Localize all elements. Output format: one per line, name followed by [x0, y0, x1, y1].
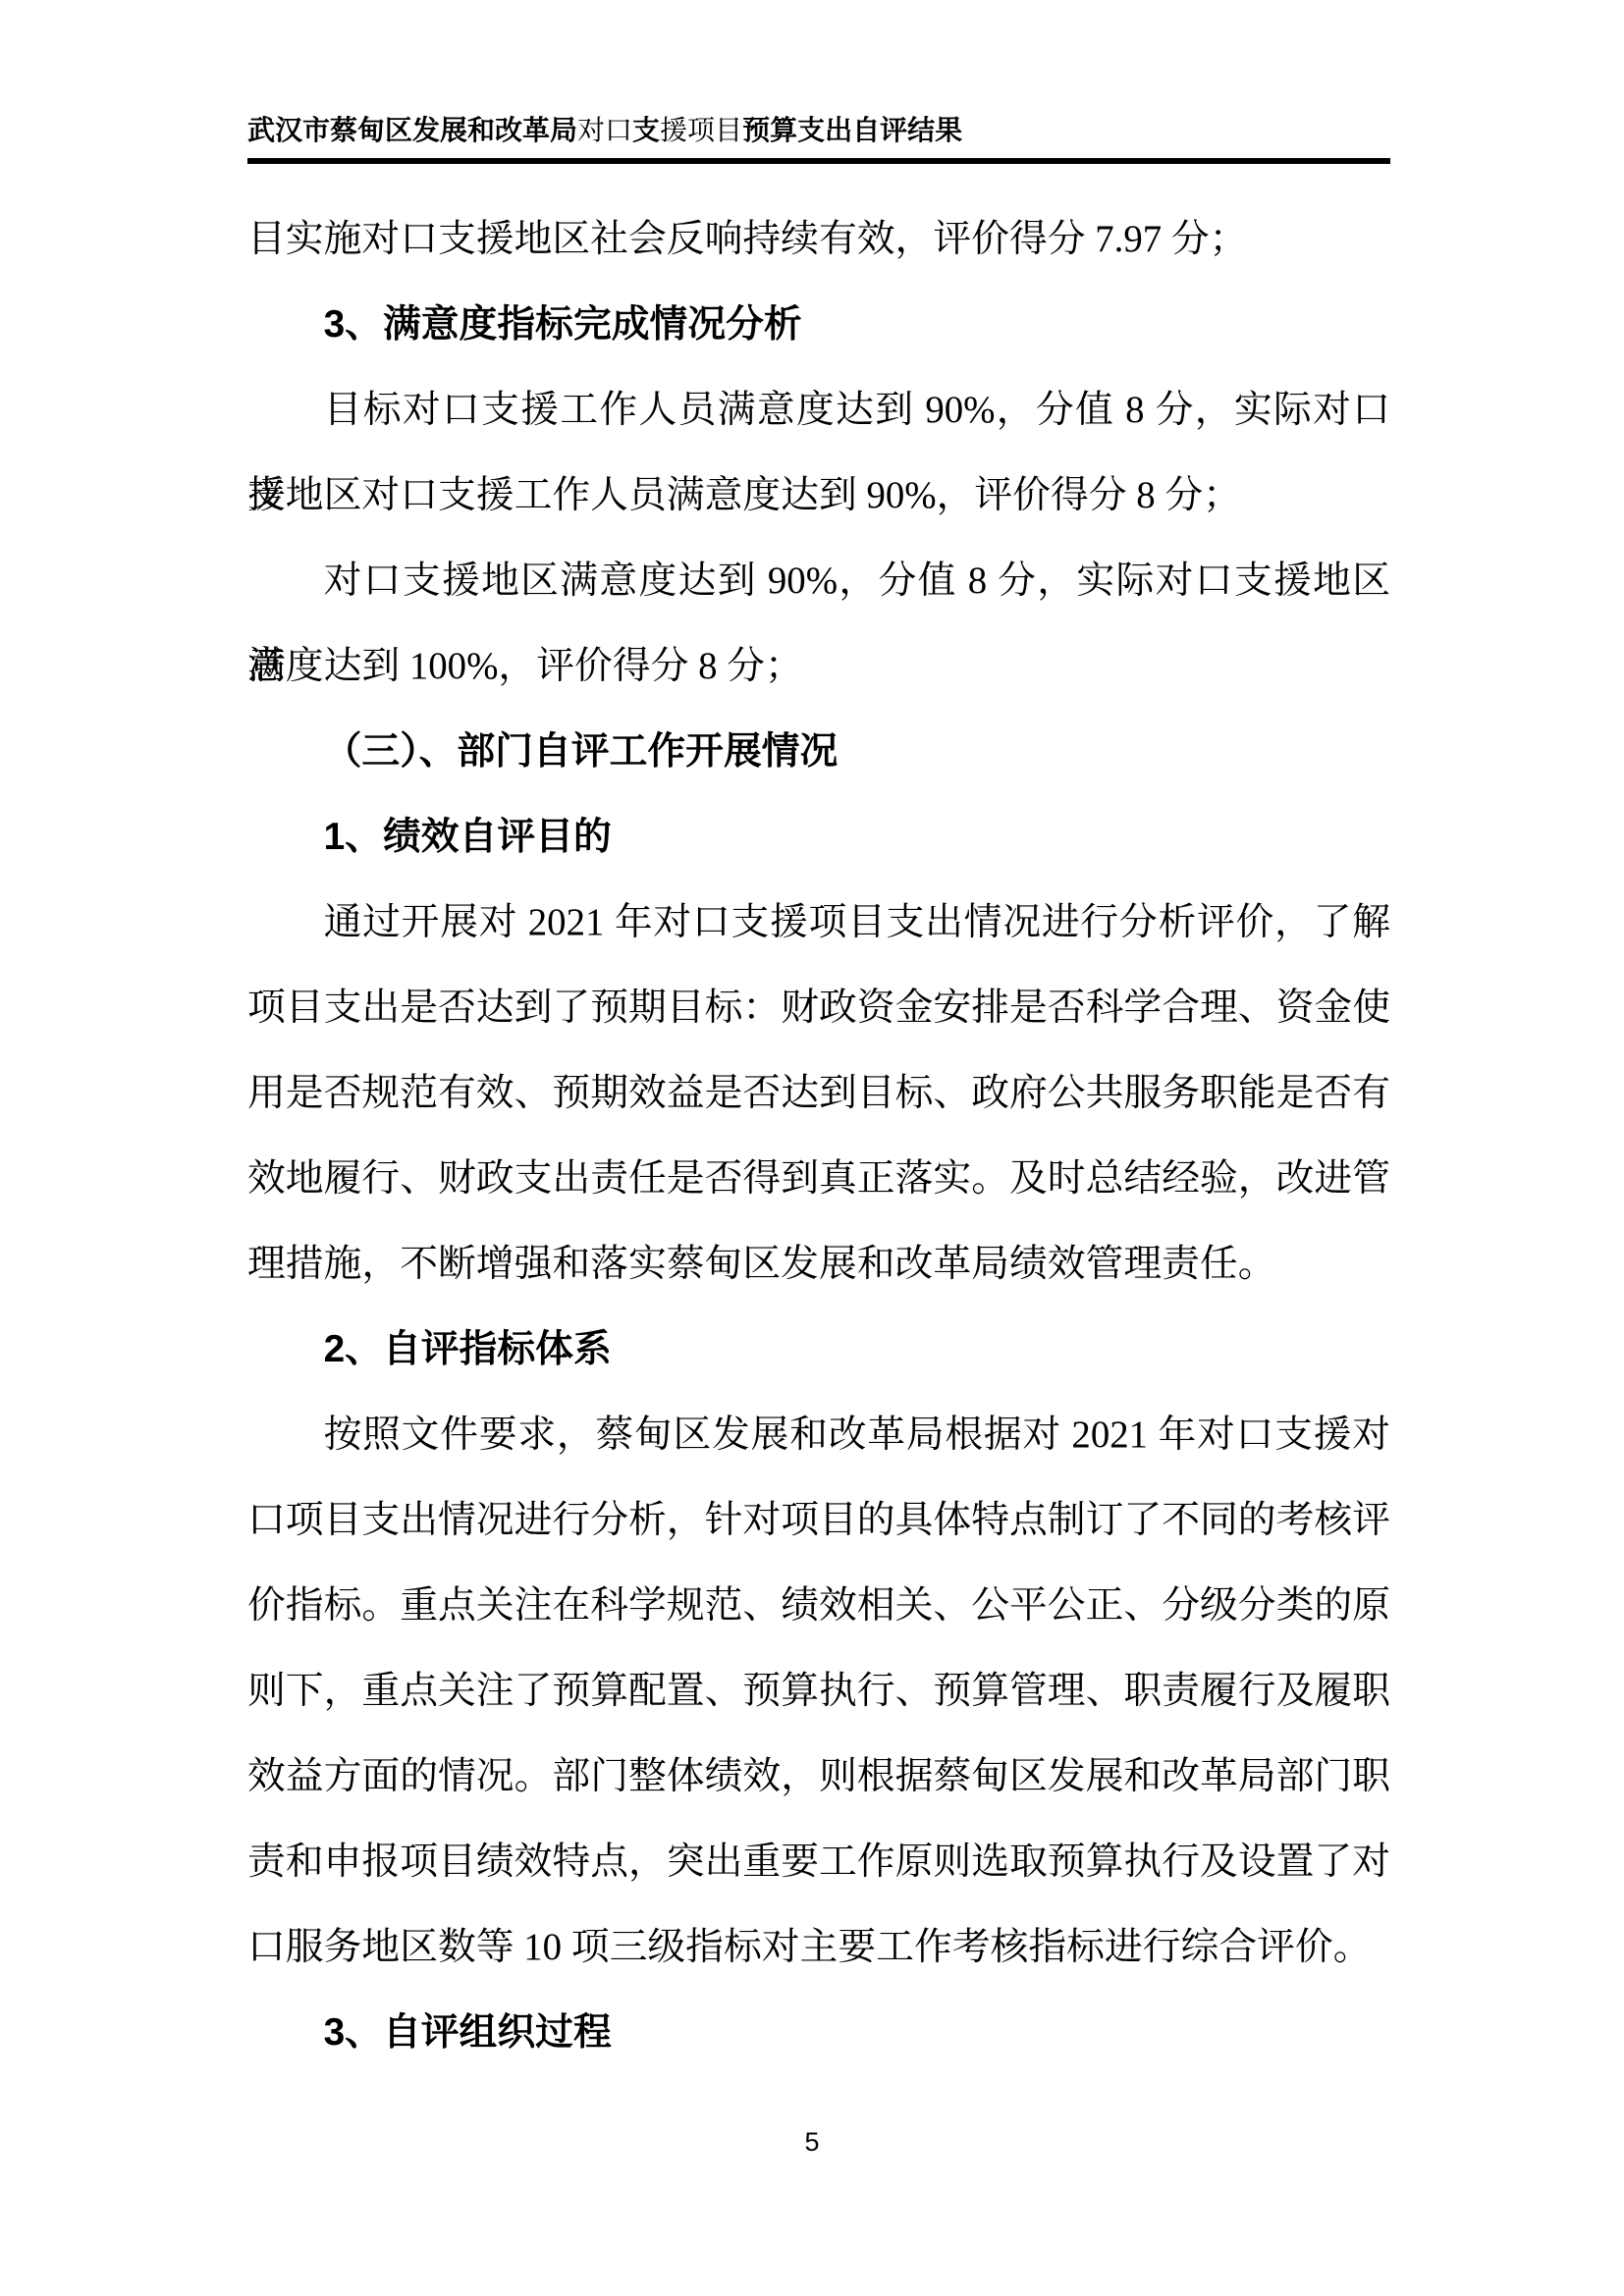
document-body: 目实施对口支援地区社会反响持续有效，评价得分 7.97 分；3、满意度指标完成情…: [247, 196, 1390, 2075]
body-text-line: 价指标。重点关注在科学规范、绩效相关、公平公正、分级分类的原: [247, 1563, 1390, 1648]
body-text-line: 理措施，不断增强和落实蔡甸区发展和改革局绩效管理责任。: [247, 1221, 1390, 1307]
body-text-line: 用是否规范有效、预期效益是否达到目标、政府公共服务职能是否有: [247, 1050, 1390, 1136]
body-text-line: 意度达到 100%，评价得分 8 分；: [247, 623, 1390, 709]
body-text-line: 则下，重点关注了预算配置、预算执行、预算管理、职责履行及履职: [247, 1648, 1390, 1734]
body-text-line: 责和申报项目绩效特点，突出重要工作原则选取预算执行及设置了对: [247, 1819, 1390, 1904]
body-text-line: 口服务地区数等 10 项三级指标对主要工作考核指标进行综合评价。: [247, 1904, 1390, 1990]
document-page: 武汉市蔡甸区发展和改革局对口支援项目预算支出自评结果 目实施对口支援地区社会反响…: [0, 0, 1624, 2296]
page-header-title: 武汉市蔡甸区发展和改革局对口支援项目预算支出自评结果: [247, 112, 1390, 164]
header-title-segment: 支: [632, 115, 660, 145]
header-title-segment: 预算支出自评结果: [742, 115, 962, 145]
header-title-segment: 援项目: [660, 116, 742, 146]
body-text-line: 项目支出是否达到了预期目标：财政资金安排是否科学合理、资金使: [247, 965, 1390, 1050]
body-text-line: 效益方面的情况。部门整体绩效，则根据蔡甸区发展和改革局部门职: [247, 1734, 1390, 1819]
body-text-line: 效地履行、财政支出责任是否得到真正落实。及时总结经验，改进管: [247, 1136, 1390, 1221]
body-text-line: 通过开展对 2021 年对口支援项目支出情况进行分析评价，了解: [247, 880, 1390, 965]
body-text-line: 目实施对口支援地区社会反响持续有效，评价得分 7.97 分；: [247, 196, 1390, 282]
body-text-line: 口项目支出情况进行分析，针对项目的具体特点制订了不同的考核评: [247, 1477, 1390, 1563]
section-heading: 2、自评指标体系: [247, 1307, 1390, 1392]
body-text-line: 按照文件要求，蔡甸区发展和改革局根据对 2021 年对口支援对: [247, 1392, 1390, 1477]
body-text-line: 目标对口支援工作人员满意度达到 90%，分值 8 分，实际对口支: [247, 367, 1390, 453]
body-text-line: 对口支援地区满意度达到 90%，分值 8 分，实际对口支援地区满: [247, 538, 1390, 623]
header-title-segment: 武汉市蔡甸区发展和改革局: [247, 115, 577, 145]
section-heading: （三）、部门自评工作开展情况: [247, 709, 1390, 794]
body-text-line: 援地区对口支援工作人员满意度达到 90%，评价得分 8 分；: [247, 453, 1390, 538]
section-heading: 3、自评组织过程: [247, 1990, 1390, 2075]
header-title-segment: 对口: [577, 116, 632, 146]
page-number: 5: [0, 2126, 1624, 2158]
section-heading: 1、绩效自评目的: [247, 794, 1390, 880]
section-heading: 3、满意度指标完成情况分析: [247, 282, 1390, 367]
